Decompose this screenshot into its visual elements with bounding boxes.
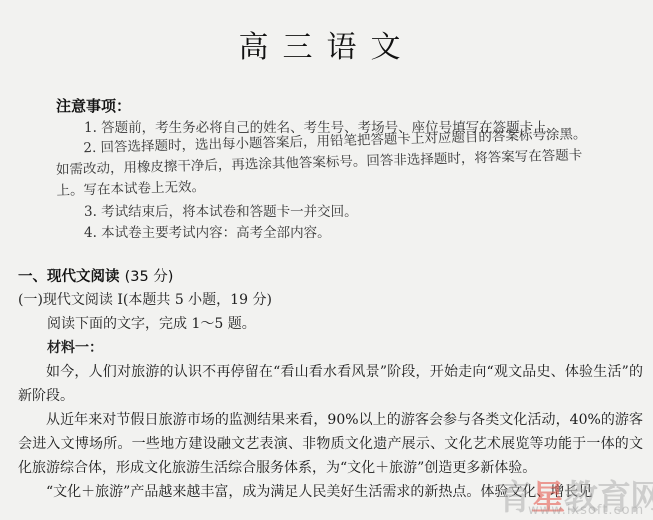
material-label: 材料一： — [47, 337, 103, 357]
paragraph-1: 如今，人们对旅游的认识不再停留在“看山看水看风景”阶段，开始走向“观文品史、体验… — [18, 360, 643, 408]
section-heading: 一、现代文阅读 (35 分) — [18, 265, 173, 286]
section-score: (35 分) — [125, 269, 174, 285]
notice-list: 1. 答题前，考生务必将自己的姓名、考生号、考场号、座位号填写在答题卡上。 2.… — [56, 118, 596, 244]
notice-item-3: 3. 考试结束后，将本试卷和答题卡一并交回。 — [56, 202, 596, 223]
notice-heading: 注意事项： — [56, 95, 131, 116]
exam-page: 高三语文 注意事项： 1. 答题前，考生务必将自己的姓名、考生号、考场号、座位号… — [0, 0, 653, 520]
subsection-heading: (一)现代文阅读 Ⅰ(本题共 5 小题，19 分) — [18, 289, 272, 309]
notice-item-4: 4. 本试卷主要考试内容：高考全部内容。 — [56, 223, 596, 244]
section-title: 一、现代文阅读 — [18, 269, 120, 285]
reading-instruction: 阅读下面的文字，完成 1～5 题。 — [47, 313, 256, 333]
exam-title: 高三语文 — [0, 22, 653, 66]
watermark-url: www.ixsoft.com — [528, 503, 644, 518]
